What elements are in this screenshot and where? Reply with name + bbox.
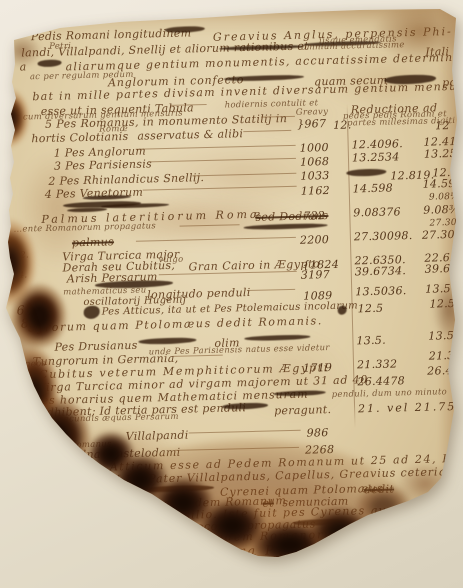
- strike-scribble: [138, 337, 196, 344]
- manuscript-page: Pedis Romani longitudinem Greavius Anglu…: [0, 0, 463, 588]
- row-horarius-tail: penduli, dum uno minuto: [332, 387, 448, 400]
- ink-blot: [165, 26, 205, 33]
- row-venetorum-extra-value: 9.08⅓: [429, 192, 460, 203]
- row-palmus2-value-rounded: 27.301: [422, 228, 463, 242]
- row-propagatus-label: …ente Romanorum propagatus: [13, 221, 156, 234]
- leader-line: [247, 289, 295, 291]
- row-penduli-value-digits: 13.5036.: [355, 284, 407, 298]
- ink-blot: [338, 306, 347, 315]
- leader-line: [192, 173, 296, 177]
- row-memphis-value-milli: 1719: [303, 361, 333, 375]
- row-syrorum-label: Syrorum quam Ptolomæus dedit Romanis.: [28, 314, 323, 334]
- row-penduli-value-rounded: 13.50⅗: [425, 282, 463, 296]
- row-drusianus-label: Pes Drusianus: [54, 339, 137, 354]
- row-palmus2-value-digits: 27.30098.: [354, 229, 413, 243]
- handwriting-layer: Pedis Romani longitudinem Greavius Anglu…: [0, 0, 463, 588]
- row-romanus-value-digits: 12.: [333, 118, 352, 131]
- row-romanus-value-milli: }967: [297, 117, 327, 131]
- row-anglorum-value-digits: 12.4096.: [351, 137, 403, 151]
- row-persarum-fragment: …secundis æquas Persarum: [50, 412, 179, 425]
- row-palmus-value-digits: 9.08376: [353, 205, 401, 219]
- row-drusianus-value-rounded: 13.50: [428, 329, 461, 343]
- note-line-3-start: Ptolemaicus: [70, 486, 141, 501]
- note-line-3-struck: dedit: [364, 483, 394, 497]
- note-line-9: …bile est hæc sub initio: [186, 552, 349, 567]
- strike-scribble: [222, 403, 268, 410]
- row-drusianus-value-digits: 13.5.: [356, 334, 386, 348]
- margin-word: Hugenij: [35, 510, 72, 521]
- strike-scribble: [140, 485, 214, 493]
- leader-line: [136, 145, 296, 150]
- row-parisiensis-value-digits: 13.2534: [352, 150, 400, 164]
- row-venetorum-value-milli: 1162: [301, 184, 331, 198]
- leader-line: [180, 224, 240, 226]
- strike-scribble: [274, 390, 326, 396]
- leader-line: [189, 430, 301, 434]
- row-rhinlandicus-value-milli: 1033: [300, 169, 330, 183]
- row-anglorum-value-milli: 1000: [300, 141, 330, 155]
- note-line-6-end: detur, Pes: [353, 517, 411, 531]
- inserted-word-romae: Romæ: [99, 124, 128, 135]
- row-virga-minor-value-digits: 26.4478: [357, 374, 405, 388]
- leader-line: [143, 186, 297, 191]
- row-romanus-value-rounded: 12: [435, 119, 450, 132]
- row-arish-value-rounded: 39.67⅓: [425, 262, 463, 276]
- inserted-words: omnium accuratissime: [301, 40, 405, 53]
- leader-line: [243, 130, 291, 132]
- row-villalpandi-label: Villalpandi: [126, 429, 189, 444]
- row-adhibent-end: peragunt.: [274, 403, 332, 417]
- row-atticus-value-rounded: 12.50: [429, 297, 462, 311]
- row-arish-value-digits: 39.6734.: [355, 264, 407, 278]
- row-tungrorum-value-rounded: 21.33⅕: [429, 349, 463, 363]
- inserted-word-vulgo: vulgo: [158, 255, 183, 266]
- row-arish-value-milli: 3197: [301, 268, 331, 282]
- row-palmus2-struck-word: palmus: [72, 235, 114, 249]
- ink-blot: [84, 306, 100, 319]
- ink-blot: [37, 60, 61, 68]
- leader-line: [173, 355, 223, 357]
- leader-line: [136, 237, 296, 242]
- margin-numeral: 2.: [20, 250, 29, 260]
- strike-scribble: [346, 169, 386, 177]
- strike-scribble: [83, 195, 131, 200]
- row-virga-minor-value-rounded: 26.44¾: [427, 364, 463, 378]
- row-parisiensis-value-rounded: 13.25⅓: [424, 147, 463, 161]
- strike-scribble: [244, 223, 328, 230]
- row-romanus-sub-2: asservatus & alibi: [137, 127, 243, 143]
- leader-line: [175, 447, 299, 451]
- leader-line: [148, 158, 296, 163]
- row-villalpandi-value-milli: 986: [307, 426, 329, 440]
- row-memphis-value-digits: 21.332: [357, 357, 398, 371]
- row-atticus-value-digits: 12.5: [357, 302, 383, 316]
- margin-numeral: 4.: [19, 270, 28, 280]
- manuscript-page-wrap: Pedis Romani longitudinem Greavius Anglu…: [0, 0, 463, 588]
- strike-scribble: [244, 335, 310, 342]
- row-venetorum-value-rounded: 14.59⅗: [422, 177, 463, 191]
- margin-word: dedit: [32, 499, 56, 510]
- row-palmus-extra-value: 27.30⅓: [429, 218, 463, 229]
- photo-backdrop: Pedis Romani longitudinem Greavius Anglu…: [0, 0, 463, 588]
- row-venetorum-value-digits: 14.598: [353, 181, 394, 195]
- row-parisiensis-label: 3 Pes Parisiensis: [54, 157, 152, 172]
- row-adhibent-value: 21. vel 21.75.: [358, 400, 462, 416]
- heading-line-3-start: a: [19, 60, 26, 73]
- row-parisiensis-value-milli: 1068: [300, 155, 330, 169]
- strike-scribble: [293, 519, 345, 526]
- row-palmus2-value-milli: 2200: [300, 233, 330, 247]
- note-line-10: …iorum Scriptor: [202, 563, 317, 577]
- row-palmus-value-milli: 732: [303, 209, 325, 223]
- row-palmus-value-rounded: 9.08⅜: [423, 203, 460, 217]
